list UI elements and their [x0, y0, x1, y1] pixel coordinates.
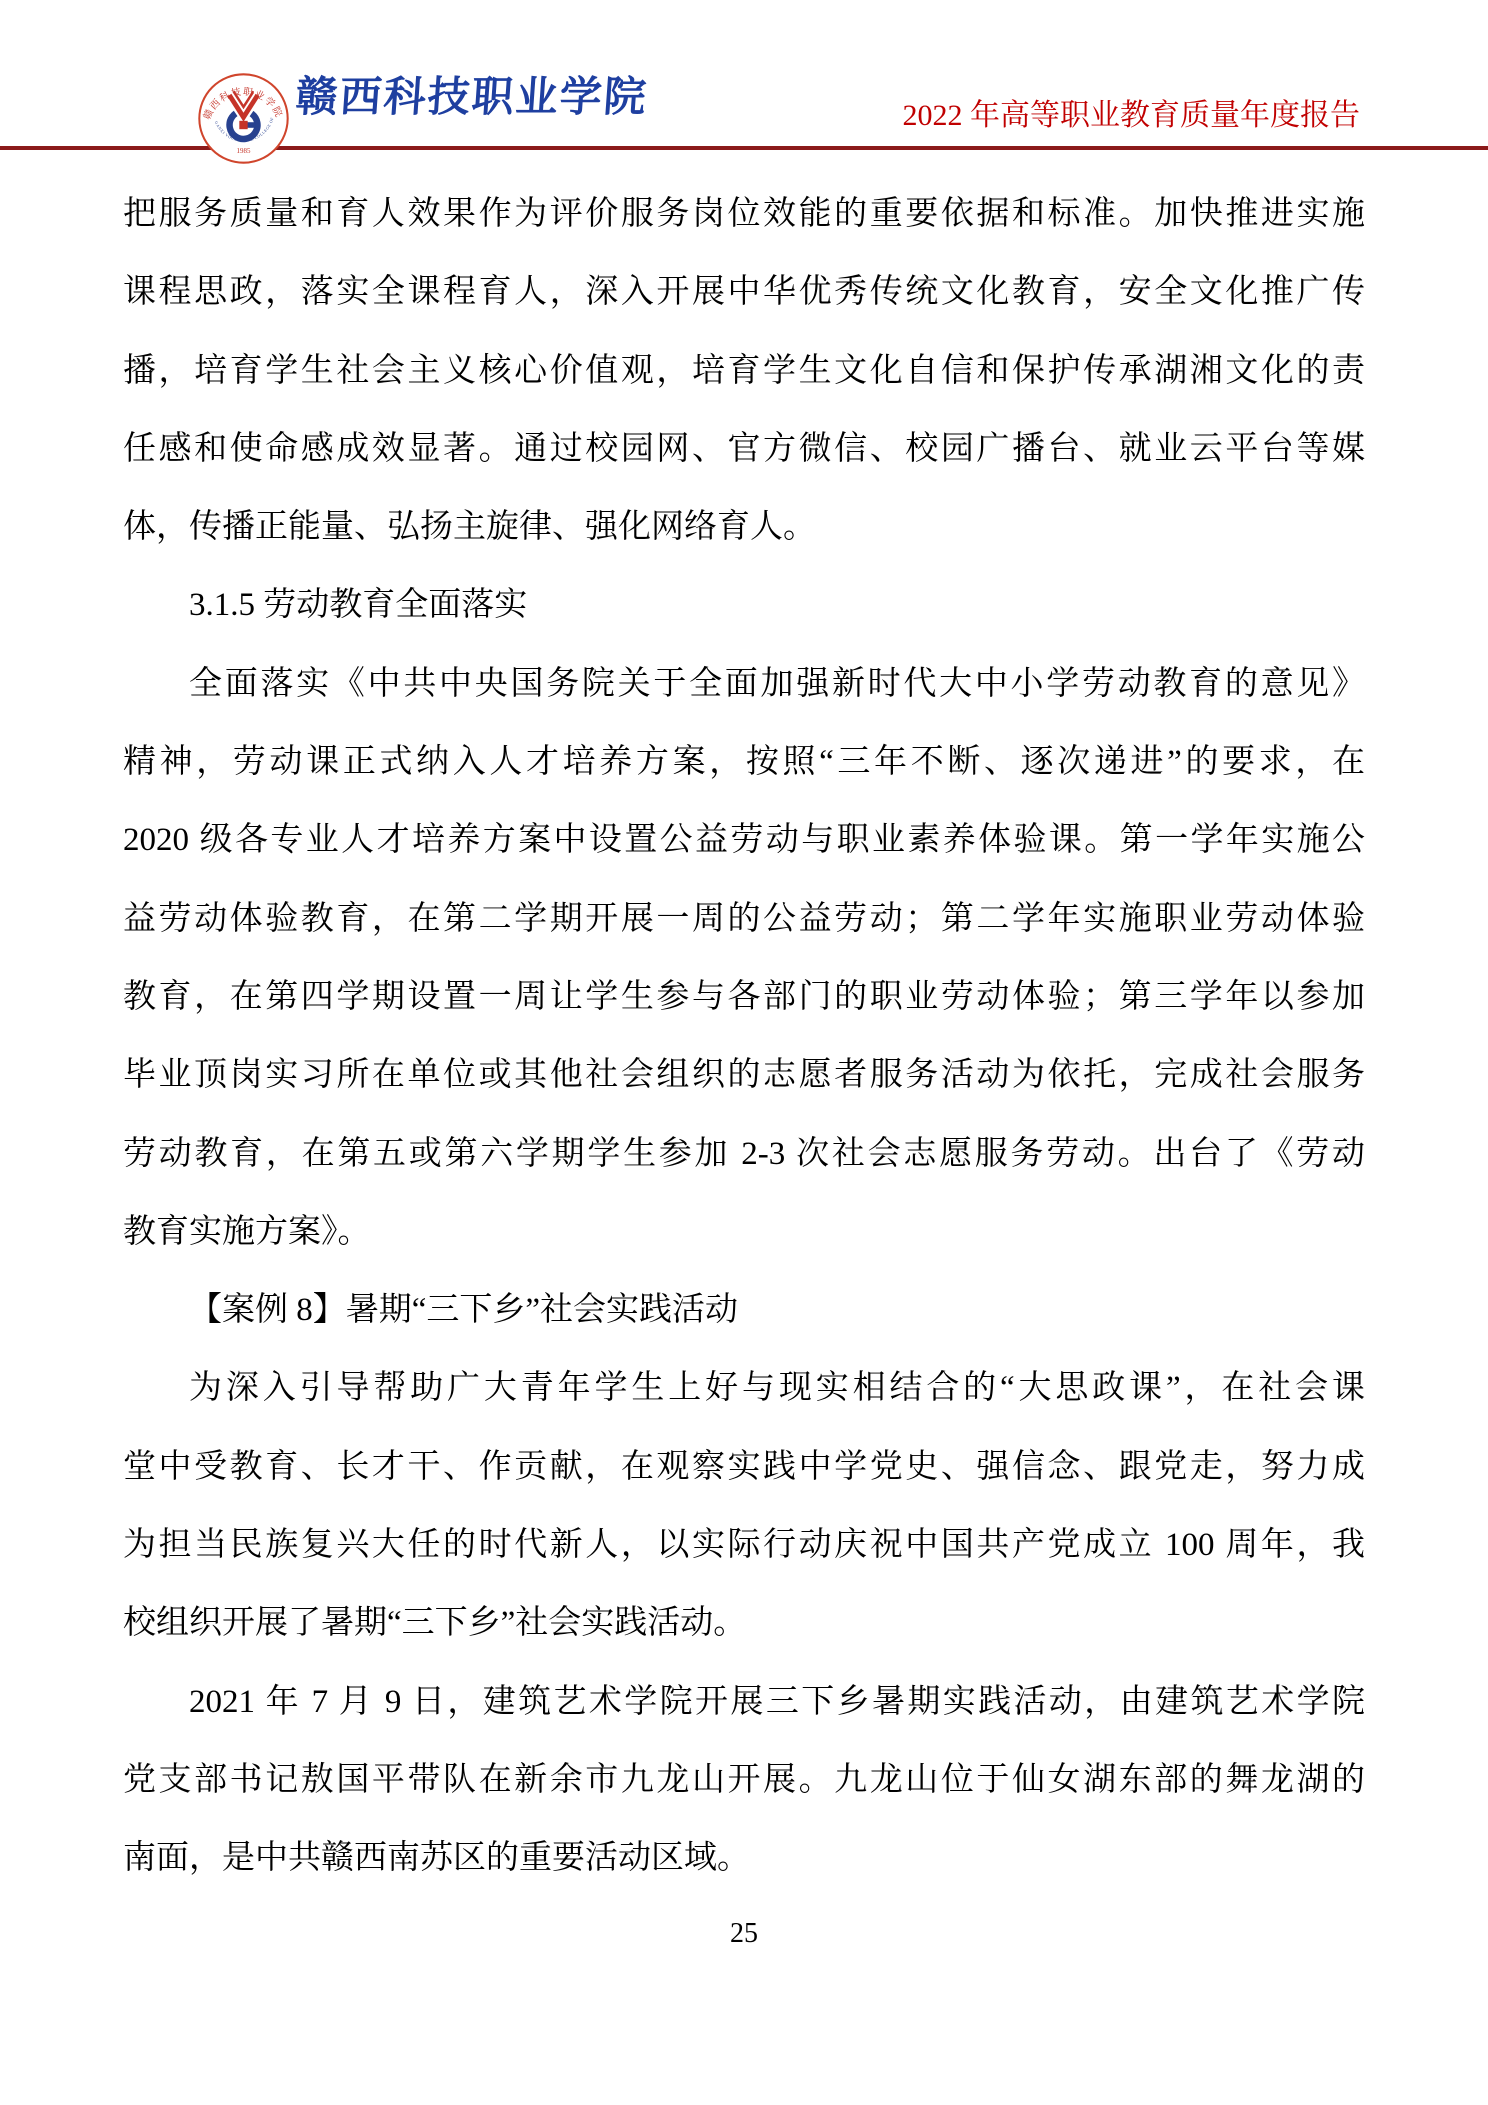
text-line: 全面落实《中共中央国务院关于全面加强新时代大中小学劳动教育的意见》: [123, 645, 1365, 723]
text-line: 精神，劳动课正式纳入人才培养方案，按照“三年不断、逐次递进”的要求，在: [123, 723, 1365, 801]
page-footer: 25: [0, 1918, 1488, 1950]
text-line: 课程思政，落实全课程育人，深入开展中华优秀传统文化教育，安全文化推广传: [123, 253, 1365, 331]
college-seal-logo: 赣西科技职业学院 GANXI VOCATIONAL COLLEGE OF SCI…: [197, 72, 290, 165]
text-line: 为深入引导帮助广大青年学生上好与现实相结合的“大思政课”，在社会课: [123, 1349, 1365, 1427]
paragraph-block: 为深入引导帮助广大青年学生上好与现实相结合的“大思政课”，在社会课堂中受教育、长…: [123, 1349, 1365, 1662]
paragraph-block: 全面落实《中共中央国务院关于全面加强新时代大中小学劳动教育的意见》精神，劳动课正…: [123, 645, 1365, 1271]
heading-line: 【案例 8】暑期“三下乡”社会实践活动: [123, 1271, 1365, 1349]
text-line: 播，培育学生社会主义核心价值观，培育学生文化自信和保护传承湖湘文化的责: [123, 332, 1365, 410]
page-header: 赣西科技职业学院 GANXI VOCATIONAL COLLEGE OF SCI…: [0, 0, 1488, 150]
text-line: 益劳动体验教育，在第二学期开展一周的公益劳动；第二学年实施职业劳动体验: [123, 880, 1365, 958]
text-line: 任感和使命感成效显著。通过校园网、官方微信、校园广播台、就业云平台等媒: [123, 410, 1365, 488]
report-title: 2022 年高等职业教育质量年度报告: [903, 90, 1361, 134]
text-line: 党支部书记敖国平带队在新余市九龙山开展。九龙山位于仙女湖东部的舞龙湖的: [123, 1741, 1365, 1819]
heading-block: 3.1.5 劳动教育全面落实: [123, 566, 1365, 644]
text-line: 2020 级各专业人才培养方案中设置公益劳动与职业素养体验课。第一学年实施公: [123, 801, 1365, 879]
text-line: 2021 年 7 月 9 日，建筑艺术学院开展三下乡暑期实践活动，由建筑艺术学院: [123, 1663, 1365, 1741]
paragraph-block: 把服务质量和育人效果作为评价服务岗位效能的重要依据和标准。加快推进实施课程思政，…: [123, 175, 1365, 566]
text-line: 教育，在第四学期设置一周让学生参与各部门的职业劳动体验；第三学年以参加: [123, 958, 1365, 1036]
heading-block: 【案例 8】暑期“三下乡”社会实践活动: [123, 1271, 1365, 1349]
heading-line: 3.1.5 劳动教育全面落实: [123, 566, 1365, 644]
text-line: 体，传播正能量、弘扬主旋律、强化网络育人。: [123, 488, 1365, 566]
paragraph-block: 2021 年 7 月 9 日，建筑艺术学院开展三下乡暑期实践活动，由建筑艺术学院…: [123, 1663, 1365, 1898]
text-line: 校组织开展了暑期“三下乡”社会实践活动。: [123, 1584, 1365, 1662]
text-line: 把服务质量和育人效果作为评价服务岗位效能的重要依据和标准。加快推进实施: [123, 175, 1365, 253]
text-line: 毕业顶岗实习所在单位或其他社会组织的志愿者服务活动为依托，完成社会服务: [123, 1036, 1365, 1114]
text-line: 教育实施方案》。: [123, 1193, 1365, 1271]
college-name: 赣西科技职业学院: [294, 64, 650, 124]
seal-year-text: 1985: [237, 147, 251, 155]
text-line: 劳动教育，在第五或第六学期学生参加 2-3 次社会志愿服务劳动。出台了《劳动: [123, 1115, 1365, 1193]
text-line: 堂中受教育、长才干、作贡献，在观察实践中学党史、强信念、跟党走，努力成: [123, 1428, 1365, 1506]
document-body: 把服务质量和育人效果作为评价服务岗位效能的重要依据和标准。加快推进实施课程思政，…: [123, 150, 1365, 1898]
page-number: 25: [730, 1918, 758, 1949]
text-line: 南面，是中共赣西南苏区的重要活动区域。: [123, 1819, 1365, 1897]
text-line: 为担当民族复兴大任的时代新人，以实际行动庆祝中国共产党成立 100 周年，我: [123, 1506, 1365, 1584]
